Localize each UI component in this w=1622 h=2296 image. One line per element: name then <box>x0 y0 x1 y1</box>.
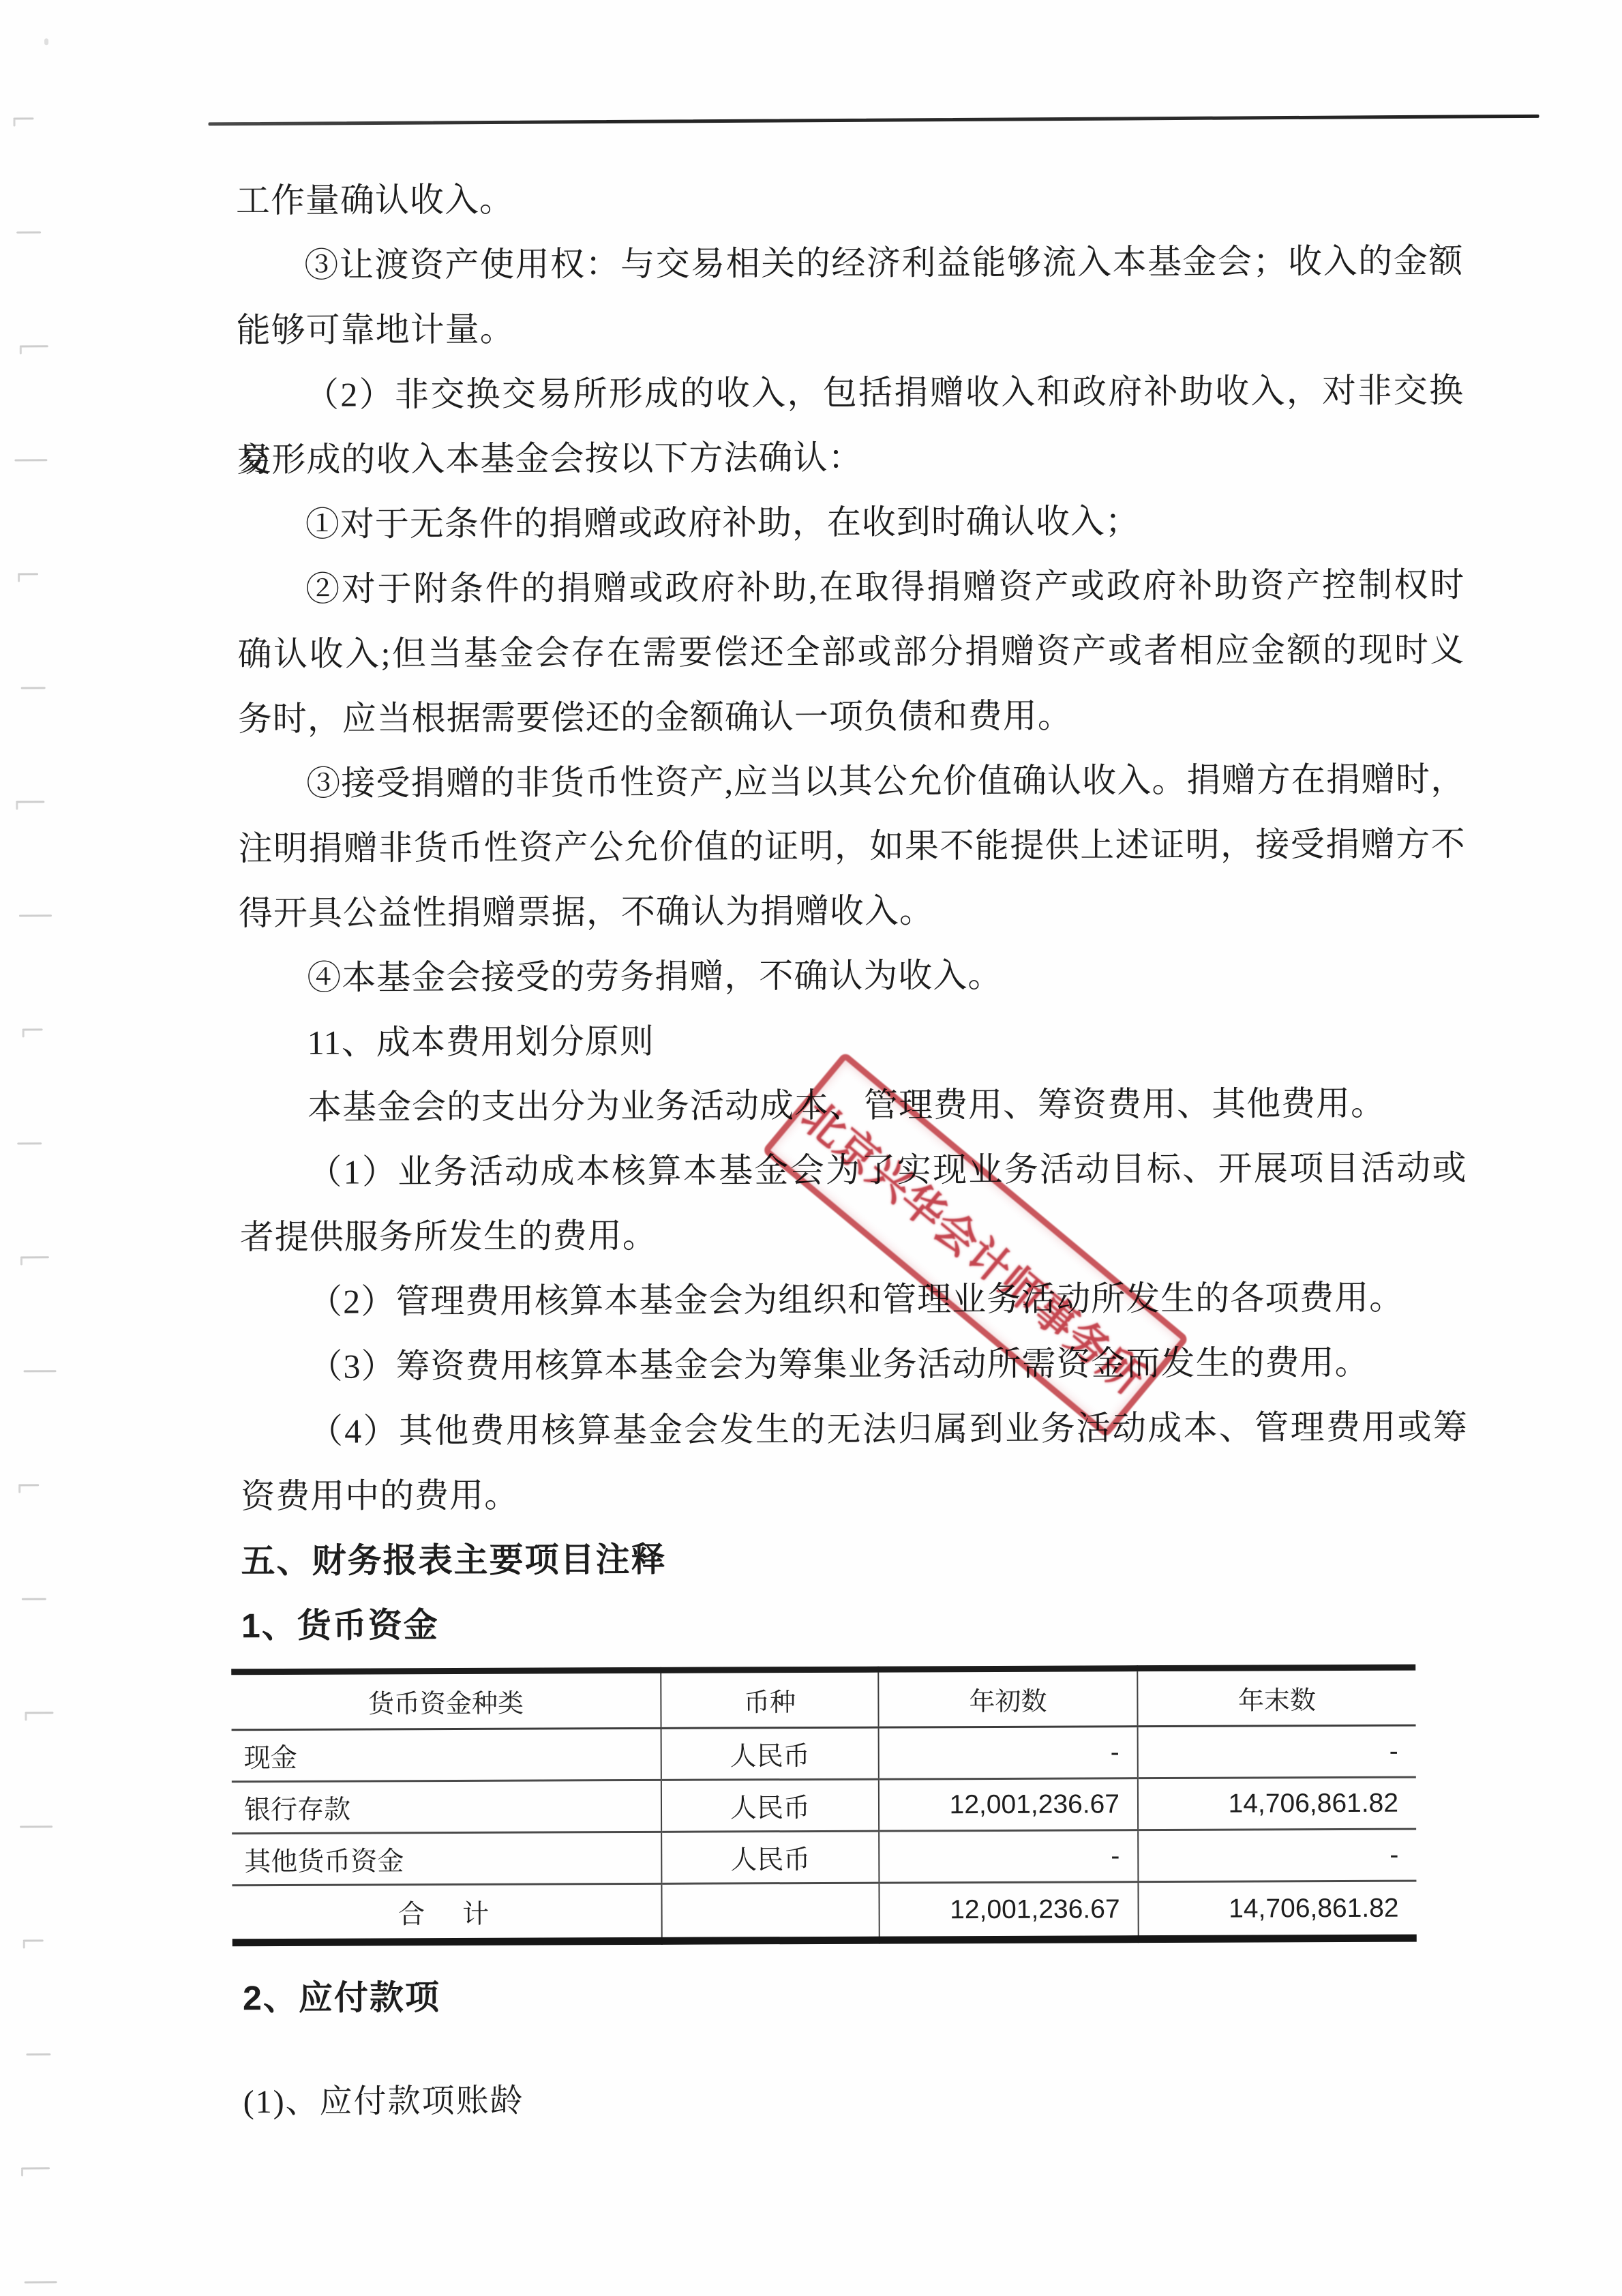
scan-artifact-mark <box>20 345 48 347</box>
table-cell: 14,706,861.82 <box>1138 1777 1416 1830</box>
header-separator-rule <box>209 115 1540 126</box>
scan-artifact-mark <box>16 231 41 233</box>
section-heading: 2、应付款项 <box>243 1961 1470 2031</box>
scan-artifact-mark <box>14 459 47 461</box>
scan-artifact-mark <box>22 1598 46 1600</box>
table-header-cell: 币种 <box>661 1669 878 1728</box>
text-line: ③让渡资产使用权：与交易相关的经济利益能够流入本基金会；收入的金额 <box>236 228 1463 298</box>
text-line: （2）非交换交易所形成的收入，包括捐赠收入和政府补助收入，对非交换交 <box>237 358 1464 428</box>
text-line: ③接受捐赠的非货币性资产,应当以其公允价值确认收入。捐赠方在捐赠时， <box>238 747 1465 816</box>
table-cell: - <box>879 1830 1138 1883</box>
scan-artifact-mark <box>21 2167 50 2169</box>
scan-artifact-mark <box>21 687 46 689</box>
text-line: （4）其他费用核算基金会发生的无法归属到业务活动成本、管理费用或筹 <box>241 1395 1468 1464</box>
text-line: 资费用中的费用。 <box>241 1459 1468 1529</box>
text-line: （2）管理费用核算本基金会为组织和管理业务活动所发生的各项费用。 <box>240 1265 1467 1335</box>
text-line: 注明捐赠非货币性资产公允价值的证明，如果不能提供上述证明，接受捐赠方不 <box>238 811 1465 881</box>
scan-artifact-mark <box>20 1825 52 1828</box>
text-line: ①对于无条件的捐赠或政府补助，在收到时确认收入； <box>237 488 1465 557</box>
table-cell: - <box>1138 1725 1416 1778</box>
scanned-page: 工作量确认收入。③让渡资产使用权：与交易相关的经济利益能够流入本基金会；收入的金… <box>0 0 1622 2296</box>
scan-artifact-mark <box>24 1370 57 1372</box>
text-line: 得开具公益性捐赠票据，不确认为捐赠收入。 <box>239 876 1466 946</box>
scan-artifact-mark <box>19 914 52 916</box>
scan-artifact-speck <box>44 38 48 45</box>
text-line: 易形成的收入本基金会按以下方法确认： <box>237 423 1464 492</box>
table-row: 银行存款人民币12,001,236.6714,706,861.82 <box>232 1777 1416 1834</box>
text-line: 能够可靠地计量。 <box>237 293 1464 363</box>
scan-artifact-mark <box>22 1028 43 1030</box>
text-line: ④本基金会接受的劳务捐赠，不确认为收入。 <box>239 941 1466 1011</box>
table-cell: 银行存款 <box>232 1780 661 1833</box>
table-cell: 合 计 <box>232 1883 661 1942</box>
text-line: ②对于附条件的捐赠或政府补助,在取得捐赠资产或政府补助资产控制权时 <box>237 552 1465 622</box>
table-cell: 人民币 <box>661 1831 879 1883</box>
body-text-block: 工作量确认收入。③让渡资产使用权：与交易相关的经济利益能够流入本基金会；收入的金… <box>236 164 1470 1946</box>
text-line: (1)、应付款项账龄 <box>243 2065 1470 2134</box>
table-header-cell: 年末数 <box>1137 1667 1415 1727</box>
table-header-cell: 年初数 <box>878 1669 1137 1727</box>
table-cell: - <box>1138 1829 1416 1882</box>
table-cell: 其他货币资金 <box>232 1832 661 1885</box>
scan-artifact-mark <box>16 801 44 803</box>
table-cell: 人民币 <box>661 1779 879 1832</box>
scan-artifact-mark <box>20 1256 49 1258</box>
table-cell: 现金 <box>232 1728 661 1781</box>
section-heading: 五、财务报表主要项目注释 <box>241 1524 1468 1594</box>
scan-edge-artifacts <box>0 0 1619 3</box>
text-line: 务时，应当根据需要偿还的金额确认一项负债和费用。 <box>238 682 1465 751</box>
table-cell: 14,706,861.82 <box>1138 1881 1416 1939</box>
table-header-cell: 货币资金种类 <box>231 1670 661 1729</box>
section-heading: 1、货币资金 <box>241 1589 1469 1658</box>
scan-artifact-mark <box>18 1484 39 1486</box>
table-cell <box>661 1883 879 1941</box>
table-total-row: 合 计12,001,236.6714,706,861.82 <box>232 1881 1416 1943</box>
text-line: （3）筹资费用核算本基金会为筹集业务活动所需资金而发生的费用。 <box>240 1330 1467 1399</box>
table-row: 现金人民币-- <box>232 1725 1416 1782</box>
scan-artifact-mark <box>13 117 33 119</box>
table-cell: 12,001,236.67 <box>879 1882 1138 1940</box>
scan-artifact-mark <box>17 1142 42 1144</box>
scan-artifact-mark <box>25 1712 53 1714</box>
scan-artifact-mark <box>18 573 38 575</box>
page-content-area: 工作量确认收入。③让渡资产使用权：与交易相关的经济利益能够流入本基金会；收入的金… <box>0 0 1622 2296</box>
scan-artifact-mark <box>25 2281 57 2283</box>
table-cell: 12,001,236.67 <box>879 1778 1138 1831</box>
table-header-row: 货币资金种类币种年初数年末数 <box>231 1667 1415 1730</box>
table-cell: - <box>879 1727 1138 1779</box>
text-line: 确认收入;但当基金会存在需要偿还全部或部分捐赠资产或者相应金额的现时义 <box>237 617 1465 687</box>
scan-artifact-mark <box>26 2053 50 2055</box>
table-row: 其他货币资金人民币-- <box>232 1829 1416 1885</box>
table-cell: 人民币 <box>661 1727 879 1780</box>
after-table-headings: 2、应付款项(1)、应付款项账龄 <box>0 0 1619 3</box>
monetary-funds-table: 货币资金种类币种年初数年末数 现金人民币--银行存款人民币12,001,236.… <box>231 1665 1417 1947</box>
text-line: 工作量确认收入。 <box>236 164 1463 233</box>
scan-artifact-mark <box>23 1939 44 1941</box>
